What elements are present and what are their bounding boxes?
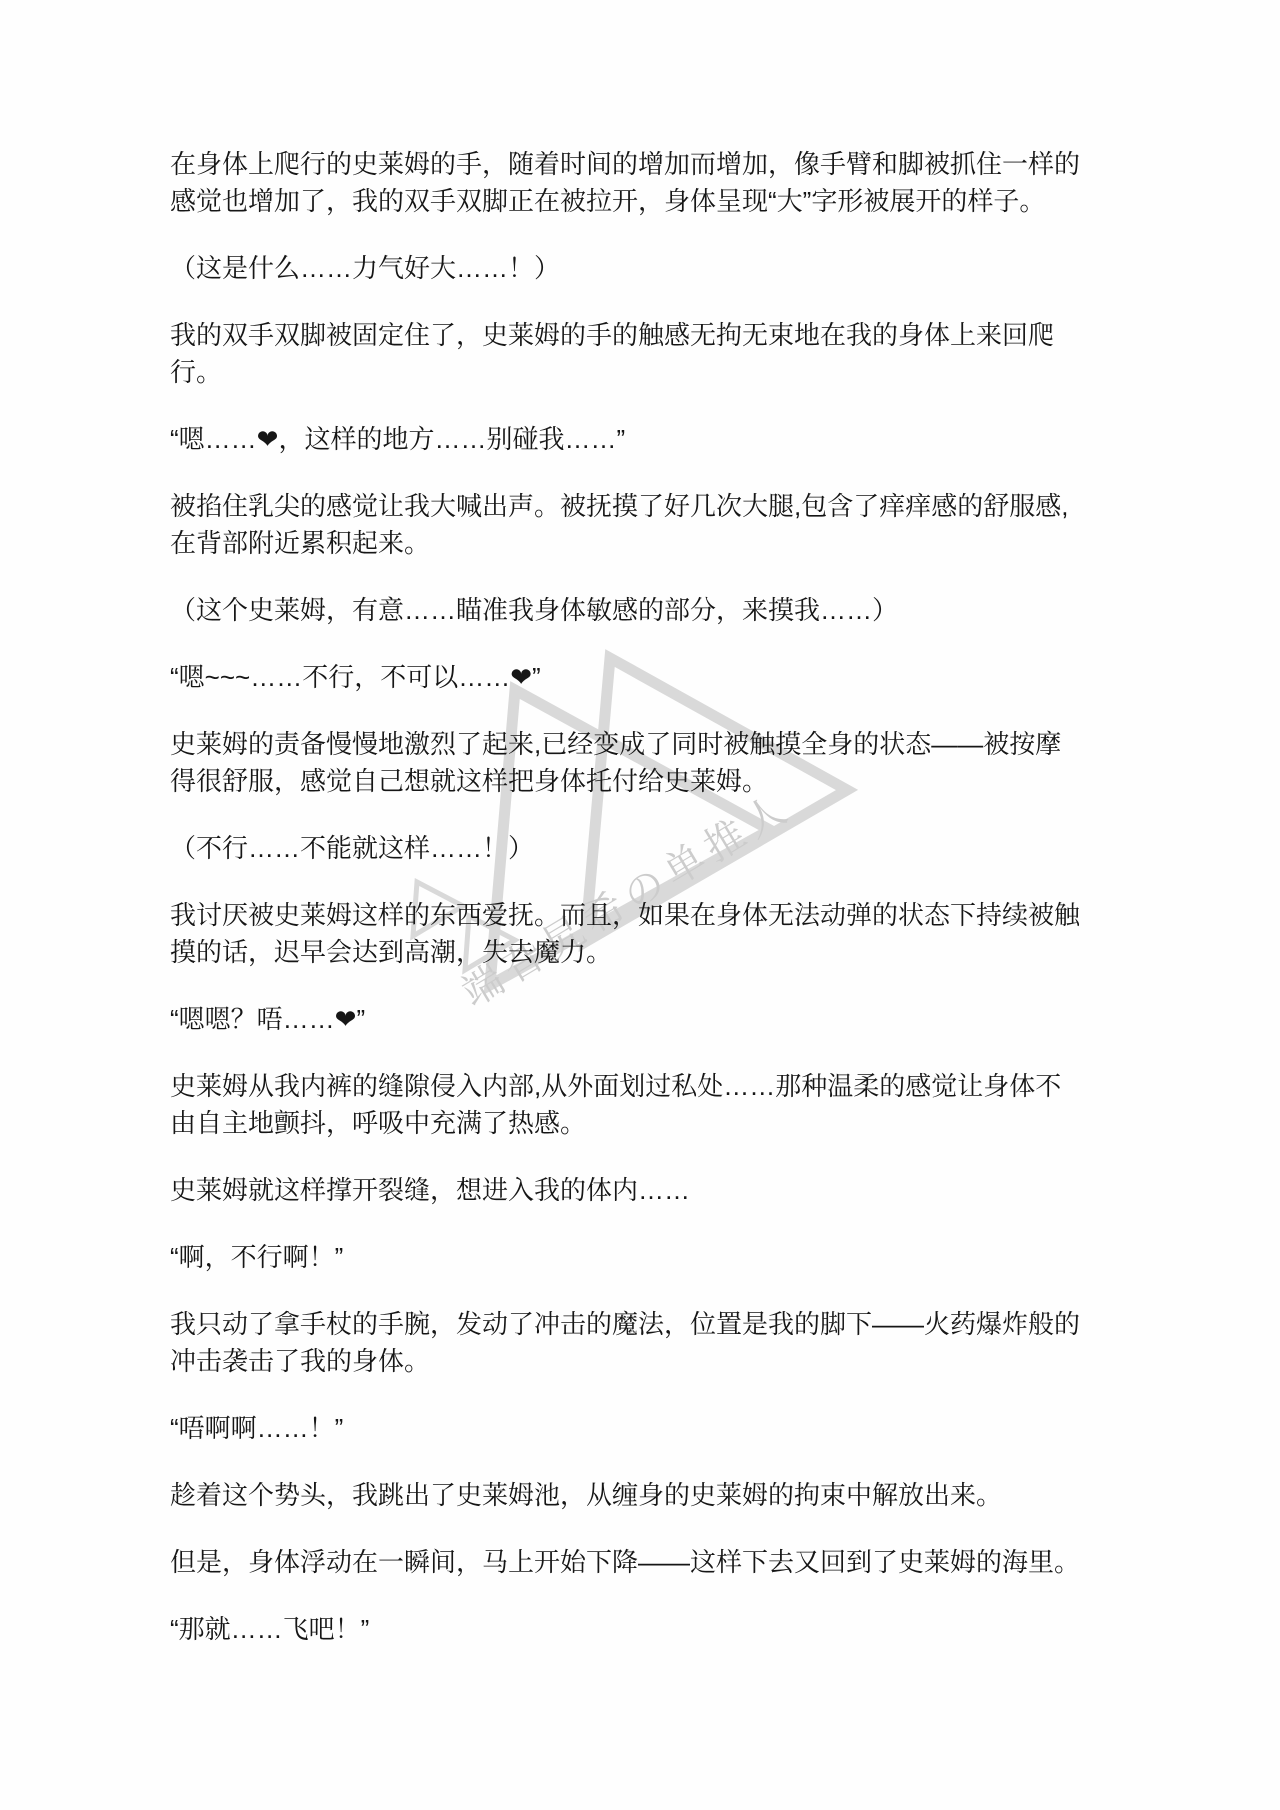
paragraph: 趁着这个势头，我跳出了史莱姆池，从缠身的史莱姆的拘束中解放出来。 xyxy=(170,1477,1086,1514)
document-content: 在身体上爬行的史莱姆的手，随着时间的增加而增加，像手臂和脚被抓住一样的感觉也增加… xyxy=(170,146,1086,1678)
paragraph: “啊，不行啊！” xyxy=(170,1239,1086,1276)
paragraph: 我讨厌被史莱姆这样的东西爱抚。而且，如果在身体无法动弹的状态下持续被触摸的话，迟… xyxy=(170,897,1086,971)
paragraph: “嗯嗯？唔……❤” xyxy=(170,1001,1086,1038)
paragraph: “唔啊啊……！” xyxy=(170,1410,1086,1447)
paragraph: “嗯~~~……不行，不可以……❤” xyxy=(170,659,1086,696)
paragraph: 史莱姆就这样撑开裂缝，想进入我的体内…… xyxy=(170,1172,1086,1209)
paragraph: 史莱姆的责备慢慢地激烈了起来,已经变成了同时被触摸全身的状态——被按摩得很舒服，… xyxy=(170,726,1086,800)
paragraph: 在身体上爬行的史莱姆的手，随着时间的增加而增加，像手臂和脚被抓住一样的感觉也增加… xyxy=(170,146,1086,220)
paragraph: “那就……飞吧！” xyxy=(170,1611,1086,1648)
paragraph: 被掐住乳尖的感觉让我大喊出声。被抚摸了好几次大腿,包含了痒痒感的舒服感,在背部附… xyxy=(170,488,1086,562)
paragraph: 但是，身体浮动在一瞬间，马上开始下降——这样下去又回到了史莱姆的海里。 xyxy=(170,1544,1086,1581)
paragraph: （这是什么……力气好大……！） xyxy=(170,250,1086,287)
paragraph: “嗯……❤，这样的地方……别碰我……” xyxy=(170,421,1086,458)
paragraph: （这个史莱姆，有意……瞄准我身体敏感的部分，来摸我……） xyxy=(170,592,1086,629)
paragraph: 我的双手双脚被固定住了，史莱姆的手的触感无拘无束地在我的身体上来回爬行。 xyxy=(170,317,1086,391)
paragraph: 史莱姆从我内裤的缝隙侵入内部,从外面划过私处……那种温柔的感觉让身体不由自主地颤… xyxy=(170,1068,1086,1142)
paragraph: 我只动了拿手杖的手腕，发动了冲击的魔法，位置是我的脚下——火药爆炸般的冲击袭击了… xyxy=(170,1306,1086,1380)
document-page: 端旮旯希の单推人 在身体上爬行的史莱姆的手，随着时间的增加而增加，像手臂和脚被抓… xyxy=(0,0,1280,1810)
paragraph: （不行……不能就这样……！） xyxy=(170,830,1086,867)
